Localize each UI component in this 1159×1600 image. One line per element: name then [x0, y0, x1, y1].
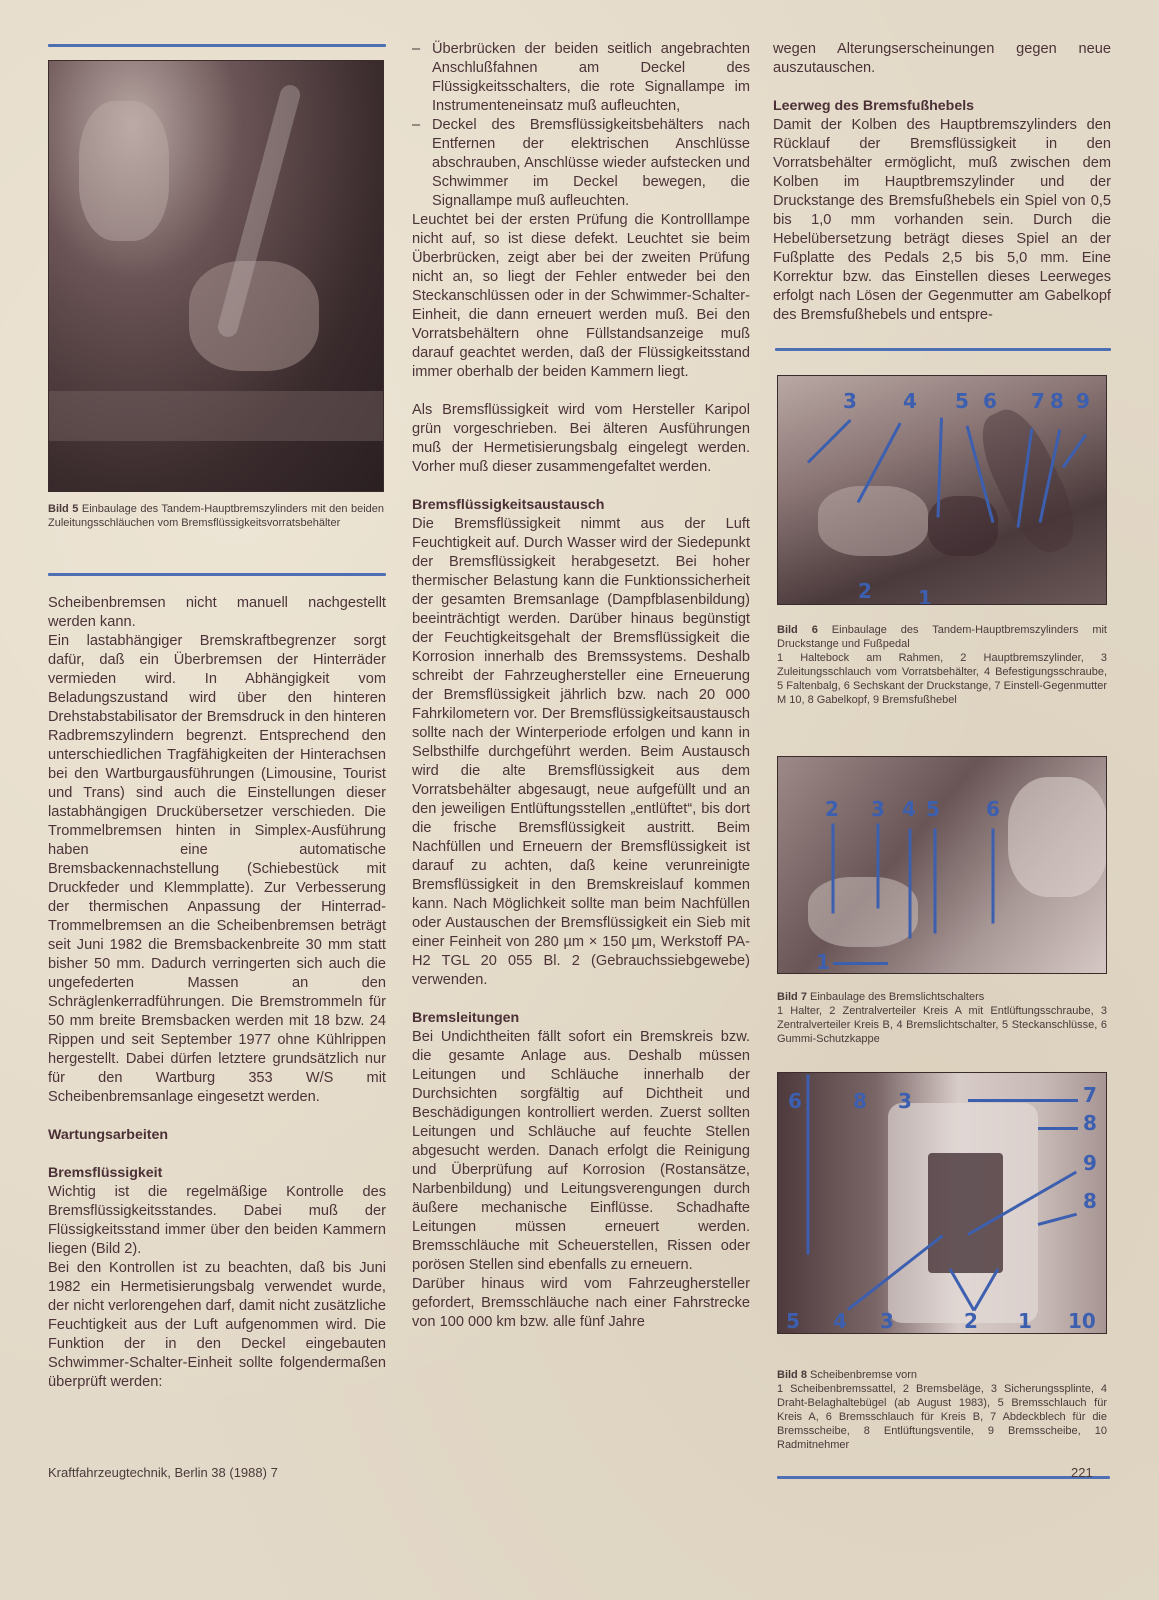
leader-line [833, 962, 888, 965]
list-item-text: Überbrücken der beiden seitlich angebrac… [432, 40, 750, 116]
callout-7: 7 [1083, 1085, 1097, 1105]
figure-6-label: Bild 6 [777, 624, 818, 636]
paragraph: Darüber hinaus wird vom Fahrzeugherstell… [412, 1275, 750, 1332]
callout-1: 1 [1018, 1311, 1032, 1331]
callout-4: 4 [833, 1311, 847, 1331]
figure-8-caption-text: Scheibenbremse vorn [810, 1369, 917, 1381]
figure-6-caption-text: Einbaulage des Tandem-Hauptbremszylinder… [777, 624, 1107, 650]
column1-text: Scheibenbremsen nicht manuell nachgestel… [48, 594, 386, 1392]
column3-text: wegen Alterungserscheinungen gegen neue … [773, 40, 1111, 325]
callout-6: 6 [788, 1091, 802, 1111]
callout-7: 7 [1031, 391, 1045, 411]
callout-1: 1 [816, 952, 830, 972]
dash-bullet: – [412, 116, 432, 211]
journal-footer: Kraftfahrzeugtechnik, Berlin 38 (1988) 7 [48, 1465, 278, 1480]
figure-5-caption-text: Einbaulage des Tandem-Hauptbremszylinder… [48, 503, 384, 529]
figure-8-photo: 6 8 3 7 8 9 8 5 4 3 2 1 10 [777, 1072, 1107, 1334]
list-item-text: Deckel des Bremsflüssigkeitsbehälters na… [432, 116, 750, 211]
paragraph: Bei Undichtheiten fällt sofort ein Brems… [412, 1028, 750, 1275]
paragraph: Als Bremsflüssigkeit wird vom Hersteller… [412, 401, 750, 477]
figure-5-caption: Bild 5 Einbaulage des Tandem-Hauptbremsz… [48, 502, 384, 530]
figure-6-legend: 1 Haltebock am Rahmen, 2 Hauptbremszylin… [777, 652, 1107, 706]
leader-line [832, 824, 835, 914]
figure-8-label: Bild 8 [777, 1369, 807, 1381]
leader-line [877, 824, 880, 909]
paragraph: Ein lastabhängiger Bremskraftbegrenzer s… [48, 632, 386, 1107]
callout-9: 9 [1076, 391, 1090, 411]
callout-6: 6 [986, 799, 1000, 819]
cylinder-shape [818, 486, 928, 556]
callout-8: 8 [1083, 1113, 1097, 1133]
figure-5-photo [48, 60, 384, 492]
cap-shape [1008, 777, 1107, 897]
reservoir-shape [189, 261, 319, 371]
paragraph: wegen Alterungserscheinungen gegen neue … [773, 40, 1111, 78]
leader-line [992, 829, 995, 924]
figure-7-caption: Bild 7 Einbaulage des Bremslichtschalter… [777, 990, 1107, 1046]
paragraph: Scheibenbremsen nicht manuell nachgestel… [48, 594, 386, 632]
paragraph: Die Bremsflüssigkeit nimmt aus der Luft … [412, 515, 750, 990]
leader-line [934, 829, 937, 934]
dash-bullet: – [412, 40, 432, 116]
figure-6-caption: Bild 6 Einbaulage des Tandem-Hauptbremsz… [777, 623, 1107, 707]
figure-7-label: Bild 7 [777, 991, 807, 1003]
leader-line [1038, 1127, 1078, 1130]
callout-8: 8 [1083, 1191, 1097, 1211]
column2-text: – Überbrücken der beiden seitlich angebr… [412, 40, 750, 1332]
paragraph: Wichtig ist die regelmäßige Kontrolle de… [48, 1183, 386, 1259]
figure-7-photo: 2 3 4 5 6 1 [777, 756, 1107, 974]
callout-2: 2 [964, 1311, 978, 1331]
callout-3: 3 [898, 1091, 912, 1111]
callout-8: 8 [853, 1091, 867, 1111]
figure-8-legend: 1 Scheibenbremssattel, 2 Bremsbeläge, 3 … [777, 1383, 1107, 1451]
section-heading-leerweg: Leerweg des Bremsfußhebels [773, 97, 1111, 116]
magazine-page: Bild 5 Einbaulage des Tandem-Hauptbremsz… [0, 0, 1159, 1600]
page-number: 221 [1071, 1465, 1093, 1480]
leader-line [1062, 434, 1087, 468]
figure-8-caption: Bild 8 Scheibenbremse vorn 1 Scheibenbre… [777, 1368, 1107, 1452]
callout-2: 2 [825, 799, 839, 819]
figure-6-photo: 3 4 5 6 7 8 9 2 1 [777, 375, 1107, 605]
frame-shape [49, 391, 384, 441]
section-heading-bremsfluessigkeit: Bremsflüssigkeit [48, 1164, 386, 1183]
callout-3: 3 [871, 799, 885, 819]
leader-line [807, 1075, 810, 1255]
distributor-shape [808, 877, 918, 947]
list-item: – Deckel des Bremsflüssigkeitsbehälters … [412, 116, 750, 211]
callout-5: 5 [926, 799, 940, 819]
brake-pad-shape [928, 1153, 1003, 1273]
cylinder-shape [79, 101, 169, 241]
figure-5-label: Bild 5 [48, 503, 78, 515]
callout-3: 3 [843, 391, 857, 411]
list-item: – Überbrücken der beiden seitlich angebr… [412, 40, 750, 116]
callout-3: 3 [880, 1311, 894, 1331]
section-heading-bremsleitungen: Bremsleitungen [412, 1009, 750, 1028]
section-heading-wartungsarbeiten: Wartungsarbeiten [48, 1126, 386, 1145]
leader-line [968, 1099, 1078, 1102]
leader-line [909, 829, 912, 939]
rule-col3-bottom [777, 1476, 1110, 1479]
rule-col1-mid [48, 573, 386, 576]
callout-5: 5 [786, 1311, 800, 1331]
leader-line [1038, 1213, 1077, 1226]
callout-5: 5 [955, 391, 969, 411]
paragraph: Bei den Kontrollen ist zu beachten, daß … [48, 1259, 386, 1392]
rule-col3-top [775, 348, 1111, 351]
figure-7-legend: 1 Halter, 2 Zentralverteiler Kreis A mit… [777, 1005, 1107, 1045]
callout-10: 10 [1068, 1311, 1096, 1331]
callout-1: 1 [918, 588, 932, 605]
leader-line [807, 419, 852, 464]
figure-7-caption-text: Einbaulage des Bremslichtschalters [810, 991, 984, 1003]
top-rule-col1 [48, 44, 386, 47]
section-heading-bremsfluessigkeitsaustausch: Bremsflüssigkeitsaustausch [412, 496, 750, 515]
callout-6: 6 [983, 391, 997, 411]
paragraph: Leuchtet bei der ersten Prüfung die Kont… [412, 211, 750, 382]
callout-2: 2 [858, 581, 872, 601]
callout-4: 4 [902, 799, 916, 819]
callout-4: 4 [903, 391, 917, 411]
callout-9: 9 [1083, 1153, 1097, 1173]
paragraph: Damit der Kolben des Hauptbremszylinders… [773, 116, 1111, 325]
callout-8: 8 [1050, 391, 1064, 411]
